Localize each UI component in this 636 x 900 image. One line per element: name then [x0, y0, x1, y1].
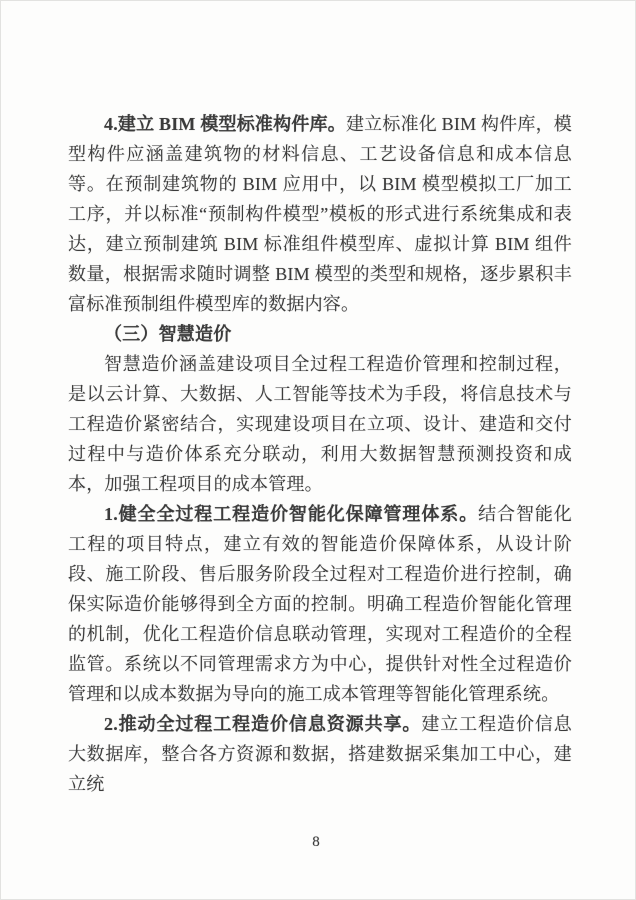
paragraph-lead-2: 2.推动全过程工程造价信息资源共享。	[104, 714, 421, 734]
document-page: 4.建立 BIM 模型标准构件库。建立标准化 BIM 构件库，模型构件应涵盖建筑…	[0, 0, 636, 900]
page-content: 4.建立 BIM 模型标准构件库。建立标准化 BIM 构件库，模型构件应涵盖建筑…	[68, 109, 572, 799]
paragraph-bim-component-library: 4.建立 BIM 模型标准构件库。建立标准化 BIM 构件库，模型构件应涵盖建筑…	[68, 109, 572, 319]
paragraph-lead-4: 4.建立 BIM 模型标准构件库。	[104, 114, 346, 134]
section-heading-smart-cost: （三）智慧造价	[68, 319, 572, 349]
paragraph-smart-cost-overview: 智慧造价涵盖建设项目全过程工程造价管理和控制过程，是以云计算、大数据、人工智能等…	[68, 349, 572, 499]
paragraph-cost-info-sharing: 2.推动全过程工程造价信息资源共享。建立工程造价信息大数据库，整合各方资源和数据…	[68, 709, 572, 799]
paragraph-cost-assurance-system: 1.健全全过程工程造价智能化保障管理体系。结合智能化工程的项目特点，建立有效的智…	[68, 499, 572, 709]
paragraph-lead-1: 1.健全全过程工程造价智能化保障管理体系。	[104, 504, 478, 524]
paragraph-text: 建立标准化 BIM 构件库，模型构件应涵盖建筑物的材料信息、工艺设备信息和成本信…	[68, 114, 572, 314]
paragraph-text: 智慧造价涵盖建设项目全过程工程造价管理和控制过程，是以云计算、大数据、人工智能等…	[68, 354, 572, 494]
paragraph-text: 结合智能化工程的项目特点，建立有效的智能造价保障体系，从设计阶段、施工阶段、售后…	[68, 504, 572, 704]
page-number: 8	[1, 834, 631, 851]
